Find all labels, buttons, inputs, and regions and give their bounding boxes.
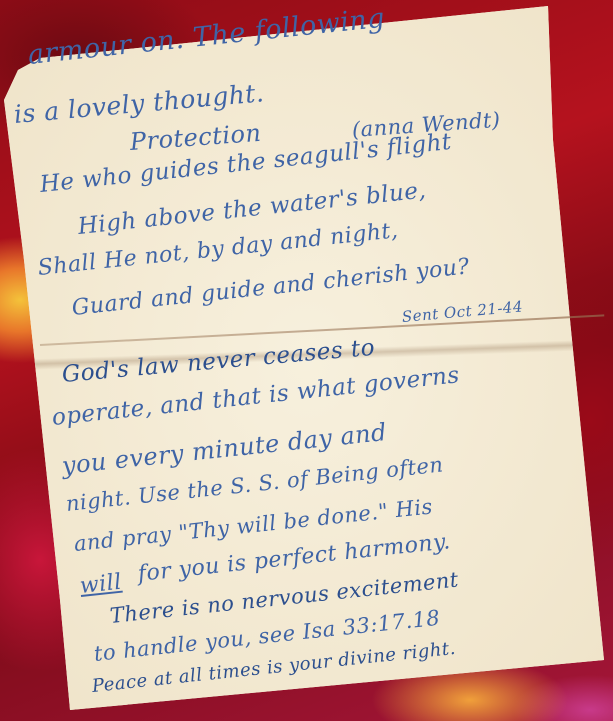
underlined-word-will: will	[79, 570, 123, 599]
